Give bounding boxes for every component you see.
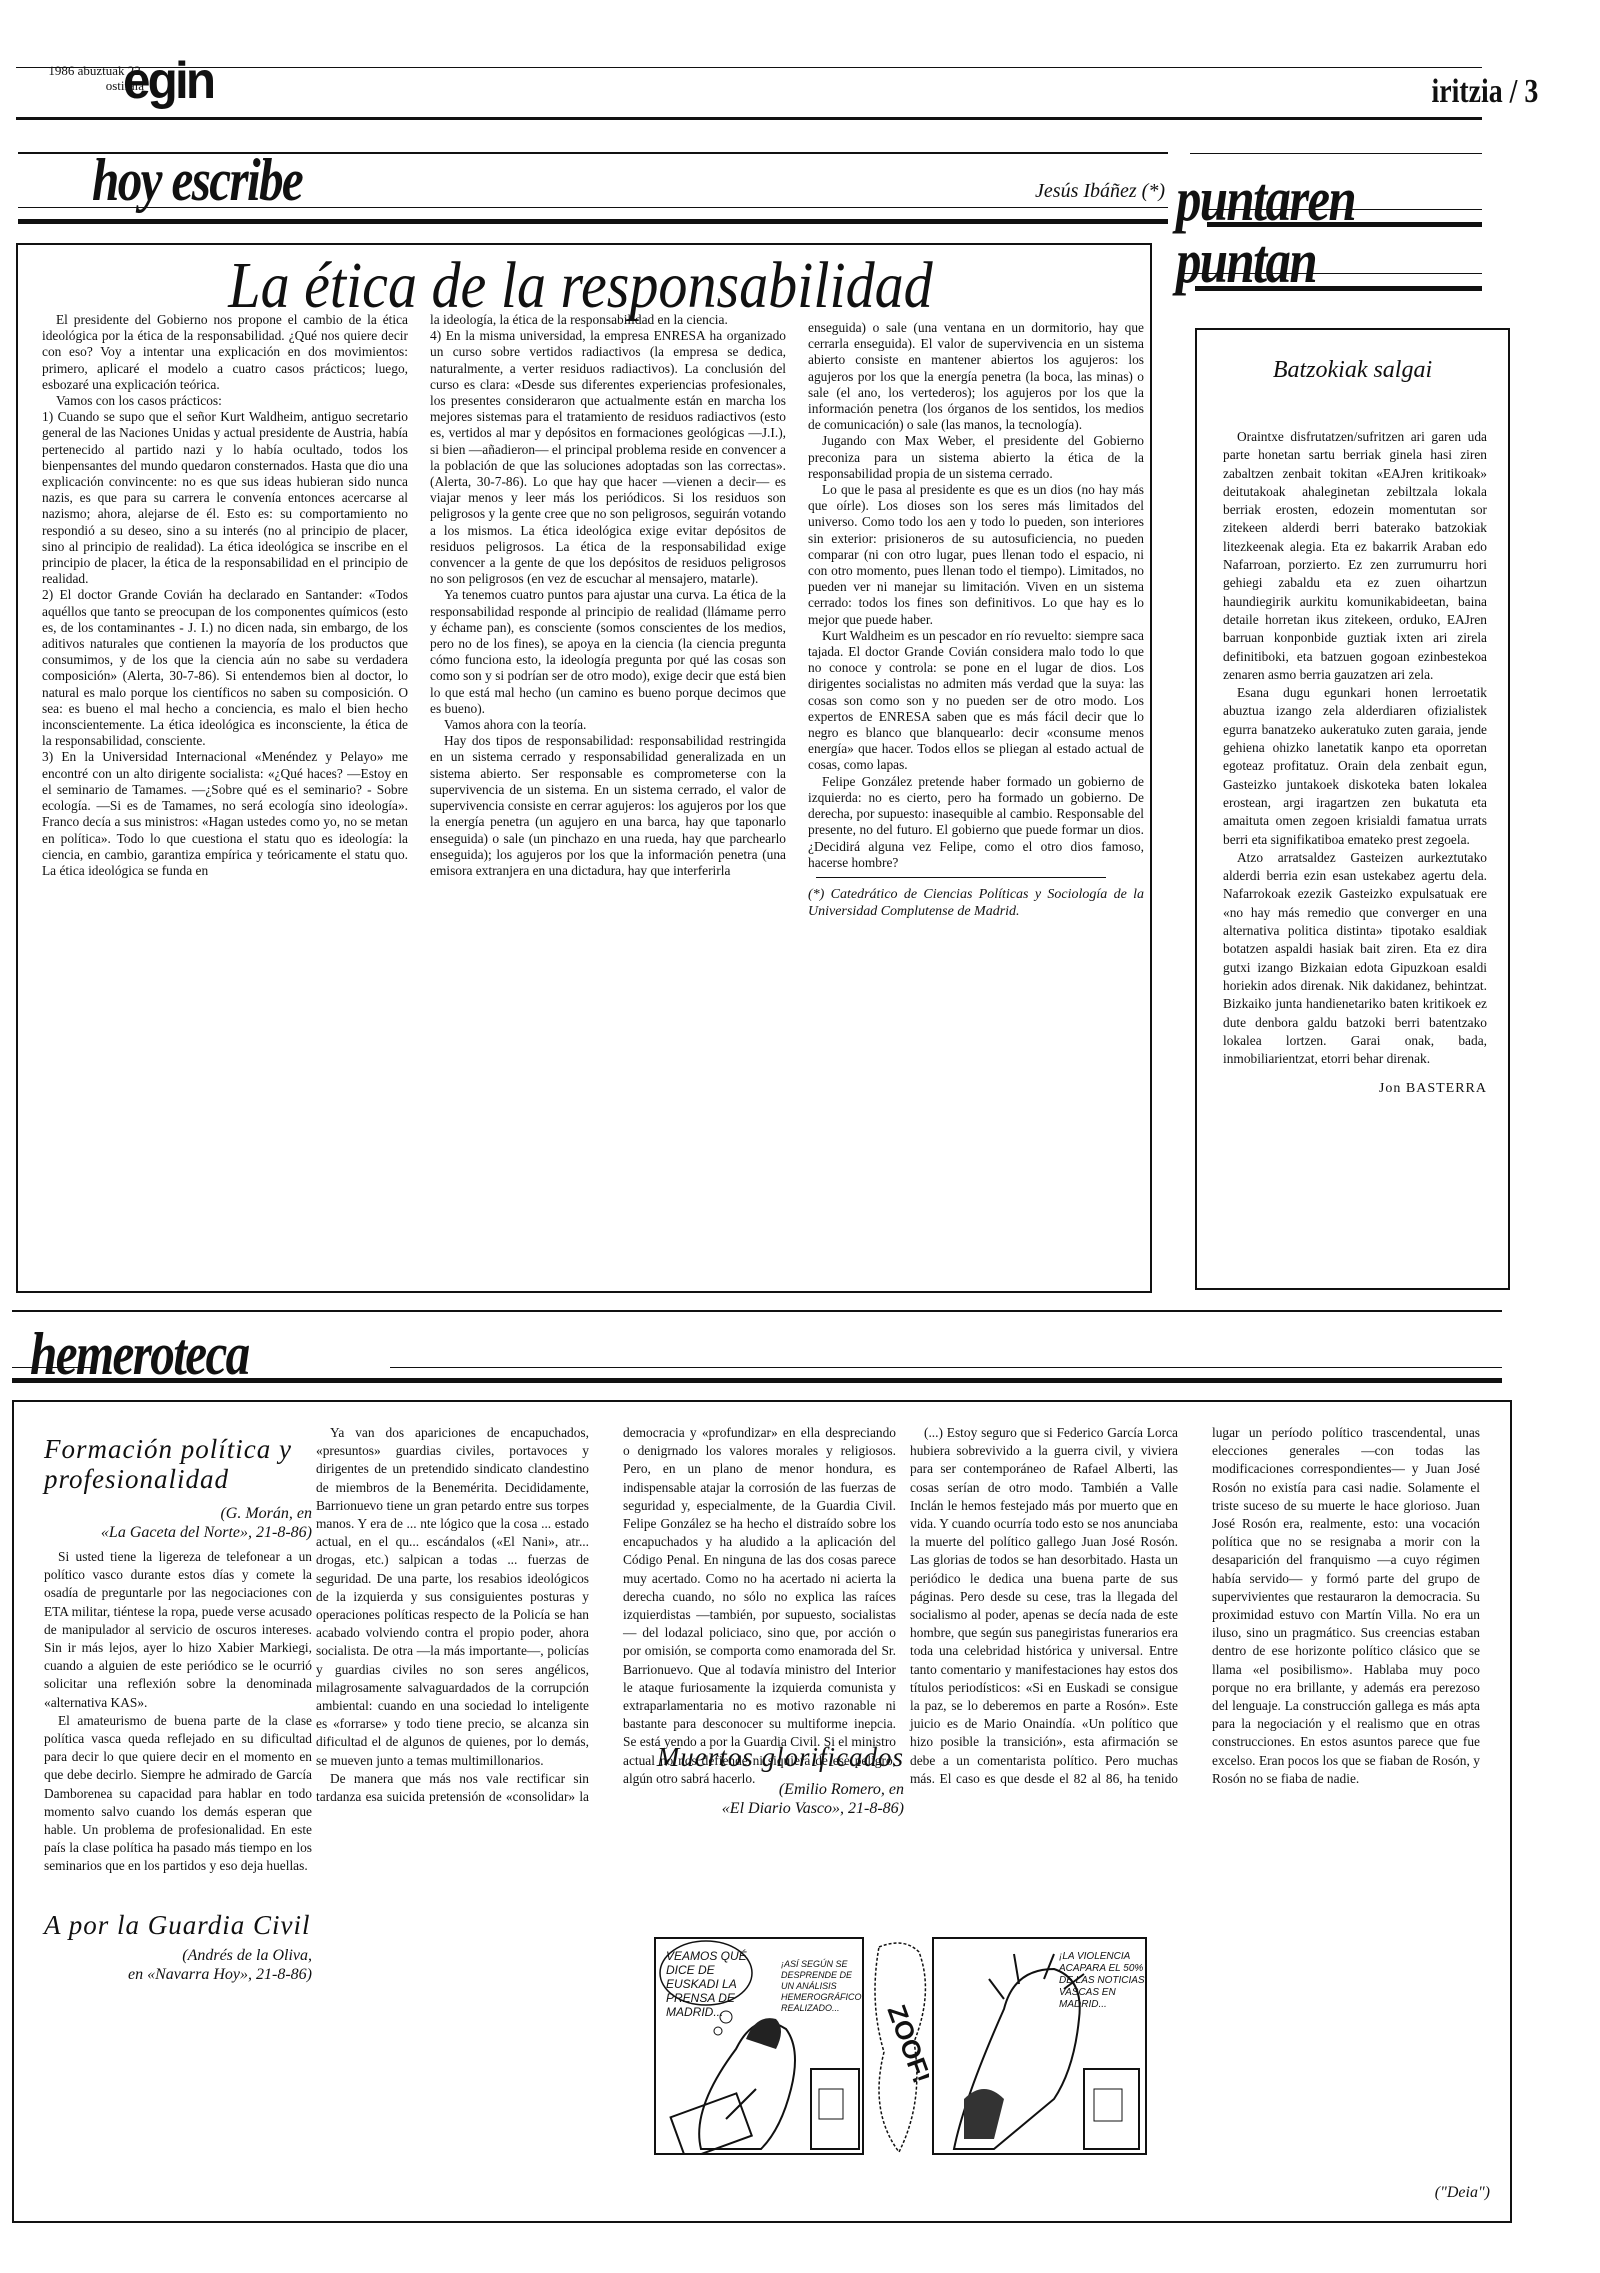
- masthead-top-rule: [16, 67, 1482, 68]
- paragraph: enseguida) o sale (una ventana en un dor…: [808, 320, 1144, 433]
- cartoon-panel-1: Veamos qué dice de Euskadi la prensa de …: [654, 1937, 864, 2155]
- sidebar-signature: Jon BASTERRA: [1223, 1080, 1487, 1098]
- source-line: en «Navarra Hoy», 21-8-86): [44, 1965, 312, 1984]
- article-title: Muertos glorificados: [642, 1742, 904, 1772]
- article-box: La ética de la responsabilidad El presid…: [16, 243, 1152, 1293]
- hoy-escribe-kicker: hoy escribe: [92, 148, 302, 212]
- paragraph: El amateurismo de buena parte de la clas…: [44, 1712, 312, 1876]
- paragraph: Lo que le pasa al presidente es que es u…: [808, 482, 1144, 628]
- hoy-escribe-thin-rule: [18, 207, 1168, 208]
- paragraph: Vamos con los casos prácticos:: [42, 393, 408, 409]
- article-source: (Andrés de la Oliva, en «Navarra Hoy», 2…: [44, 1946, 312, 1984]
- hemeroteca-box: Formación política y profesionalidad (G.…: [12, 1400, 1512, 2223]
- puntaren-top-rule: [1190, 153, 1482, 154]
- article-body: Si usted tiene la ligereza de telefonear…: [44, 1548, 312, 1876]
- cartoon-panel-middle: ZOOF!: [871, 1937, 929, 2155]
- paragraph: Atzo arratsaldez Gasteizen aurkeztutako …: [1223, 849, 1487, 1069]
- paragraph: Ya tenemos cuatro puntos para ajustar un…: [430, 587, 786, 717]
- hemero-col-1: Formación política y profesionalidad (G.…: [44, 1434, 312, 1984]
- cartoon-panel-2: ¡La violencia acapara el 50% de las noti…: [932, 1937, 1147, 2155]
- article-column-2: la ideología, la ética de la responsabil…: [430, 312, 786, 879]
- source-line: (Andrés de la Oliva,: [44, 1946, 312, 1965]
- paragraph: 3) En la Universidad Internacional «Mené…: [42, 749, 408, 879]
- article-source: (Emilio Romero, en «El Diario Vasco», 21…: [642, 1780, 904, 1818]
- section-label: iritzia / 3: [1431, 72, 1538, 112]
- puntan-kicker: puntan: [1176, 230, 1316, 294]
- svg-text:ZOOF!: ZOOF!: [882, 2001, 929, 2087]
- sidebar-box: Batzokiak salgai Oraintxe disfrutatzen/s…: [1195, 328, 1510, 1290]
- egin-logo: egin: [123, 55, 213, 107]
- article-headline: La ética de la responsabilidad: [86, 251, 1076, 321]
- paragraph: Kurt Waldheim es un pescador en río revu…: [808, 628, 1144, 774]
- hemeroteca-kicker: hemeroteca: [30, 1322, 249, 1386]
- paragraph: Si usted tiene la ligereza de telefonear…: [44, 1548, 312, 1712]
- paragraph: Felipe González pretende haber formado u…: [808, 774, 1144, 871]
- article-title: Formación política y profesionalidad: [44, 1434, 312, 1494]
- puntaren-thick-rule: [1207, 222, 1482, 227]
- paragraph: Vamos ahora con la teoría.: [430, 717, 786, 733]
- paragraph: Hay dos tipos de responsabilidad: respon…: [430, 733, 786, 879]
- hemeroteca-thin-rule: [390, 1367, 1502, 1368]
- paragraph: Ya van dos apariciones de encapuchados, …: [316, 1424, 589, 1770]
- puntan-thick-rule: [1195, 286, 1482, 291]
- article-title: A por la Guardia Civil: [44, 1910, 312, 1940]
- source-line: «La Gaceta del Norte», 21-8-86): [44, 1523, 312, 1542]
- paragraph: 1) Cuando se supo que el señor Kurt Wald…: [42, 409, 408, 587]
- author-footnote: (*) Catedrático de Ciencias Políticas y …: [808, 886, 1144, 920]
- speech-bubble-text: ¡Así según se desprende de un análisis h…: [781, 1959, 861, 2014]
- paragraph: la ideología, la ética de la responsabil…: [430, 312, 786, 328]
- sidebar-title: Batzokiak salgai: [1197, 357, 1508, 384]
- paragraph: (...) Estoy seguro que si Federico Garcí…: [910, 1424, 1480, 1788]
- muertos-body: (...) Estoy seguro que si Federico Garcí…: [910, 1424, 1480, 1894]
- thought-bubble-text: Veamos qué dice de Euskadi la prensa de …: [666, 1949, 761, 2019]
- source-line: (G. Morán, en: [44, 1504, 312, 1523]
- article-source: (G. Morán, en «La Gaceta del Norte», 21-…: [44, 1504, 312, 1542]
- paragraph: Oraintxe disfrutatzen/sufritzen ari gare…: [1223, 428, 1487, 684]
- hemeroteca-thick-rule: [12, 1378, 1502, 1383]
- byline: Jesús Ibáñez (*): [940, 180, 1165, 203]
- cartoon-credit: ("Deia"): [1435, 2184, 1490, 2202]
- footnote-rule: [816, 877, 1106, 878]
- muertos-header: Muertos glorificados (Emilio Romero, en …: [642, 1742, 904, 1818]
- puntaren-thin-rule: [1207, 209, 1482, 210]
- puntan-thin-rule: [1180, 273, 1482, 274]
- article-column-3: enseguida) o sale (una ventana en un dor…: [808, 320, 1144, 920]
- hemeroteca-top-rule: [12, 1310, 1502, 1312]
- paragraph: 2) El doctor Grande Covián ha declarado …: [42, 587, 408, 749]
- paragraph: Jugando con Max Weber, el presidente del…: [808, 433, 1144, 482]
- paragraph: El presidente del Gobierno nos propone e…: [42, 312, 408, 393]
- sidebar-body: Oraintxe disfrutatzen/sufritzen ari gare…: [1223, 428, 1487, 1099]
- paragraph: 4) En la misma universidad, la empresa E…: [430, 328, 786, 587]
- hoy-escribe-thick-rule: [18, 219, 1168, 224]
- source-line: (Emilio Romero, en: [642, 1780, 904, 1799]
- zoof-burst-icon: ZOOF!: [871, 1937, 929, 2155]
- masthead-bottom-rule: [16, 117, 1482, 120]
- paragraph: Esana dugu egunkari honen lerroetatik ab…: [1223, 684, 1487, 849]
- speech-bubble-text: ¡La violencia acapara el 50% de las noti…: [1059, 1951, 1147, 2011]
- source-line: «El Diario Vasco», 21-8-86): [642, 1799, 904, 1818]
- article-column-1: El presidente del Gobierno nos propone e…: [42, 312, 408, 879]
